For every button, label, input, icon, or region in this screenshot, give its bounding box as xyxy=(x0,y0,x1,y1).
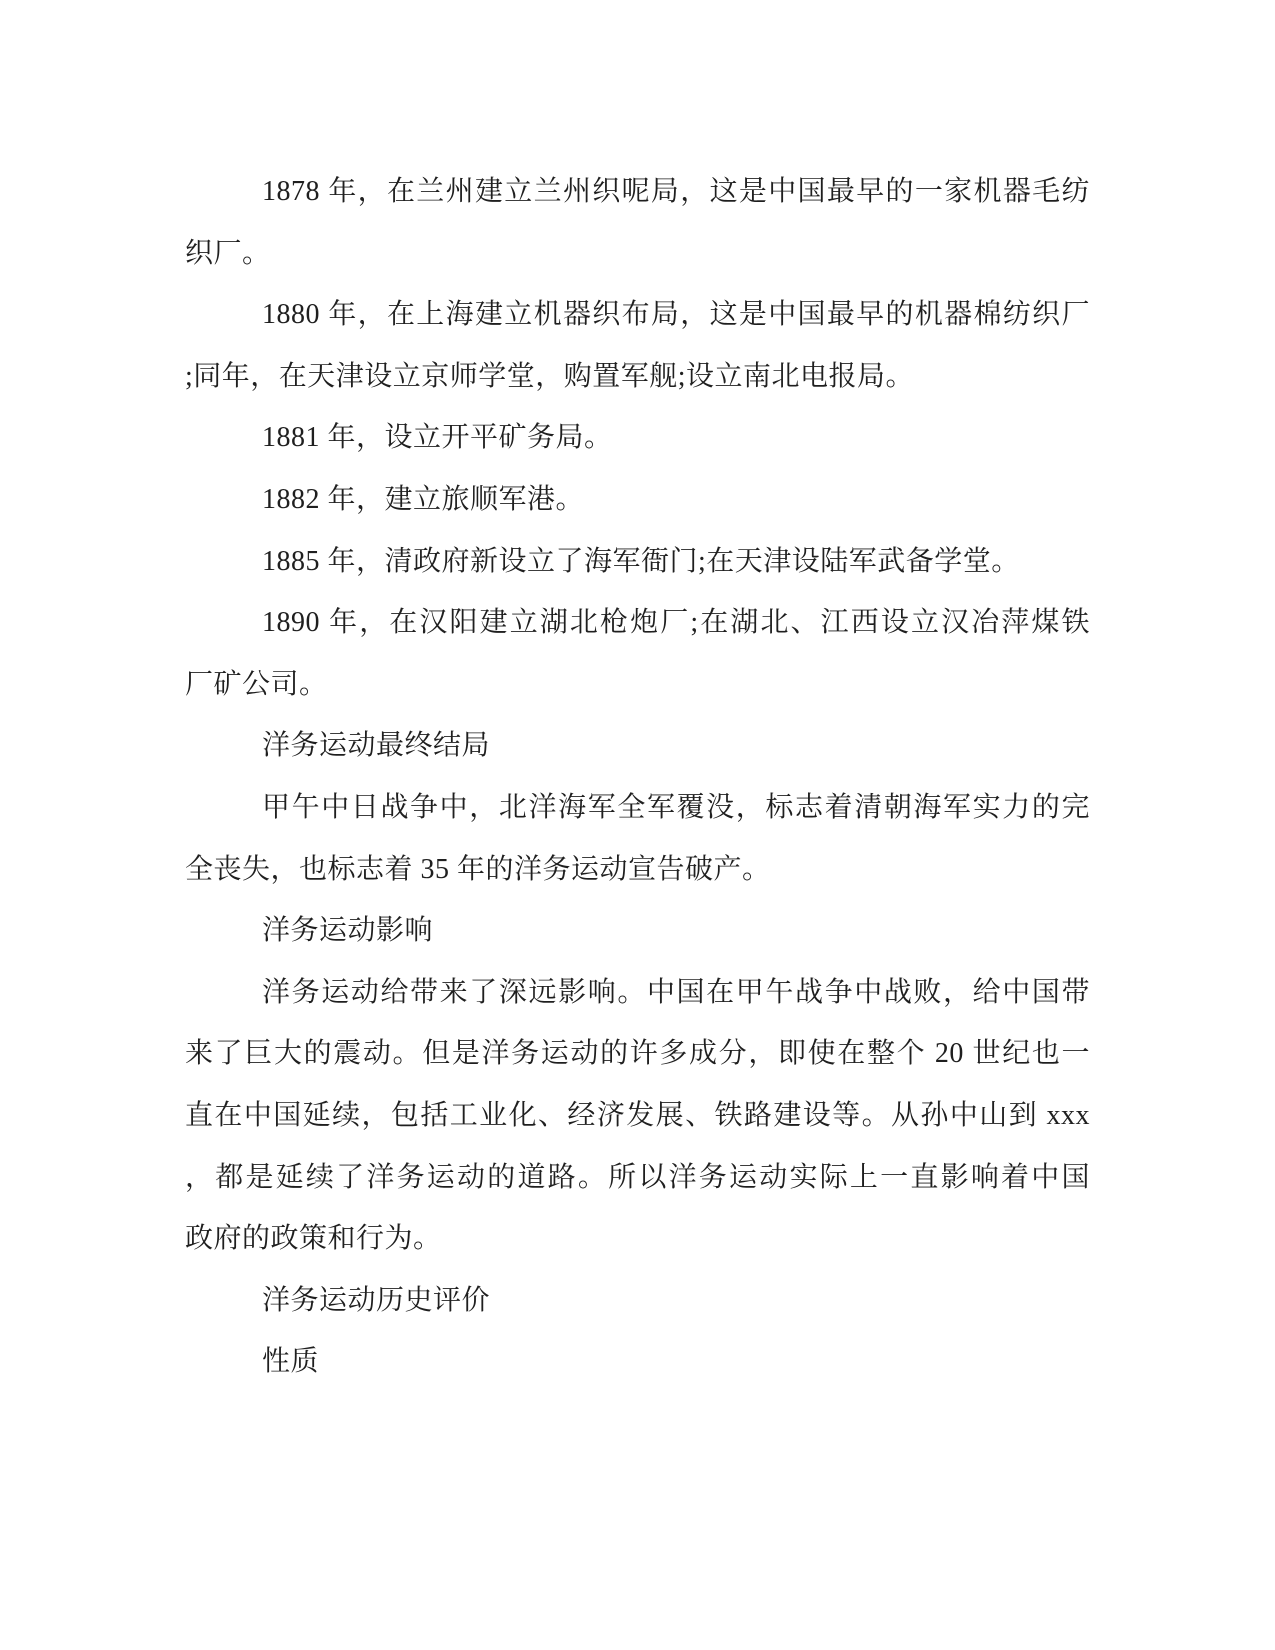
text-line: 1878 年，在兰州建立兰州织呢局，这是中国最早的一家机器毛纺 xyxy=(185,161,1090,223)
text-line: 厂矿公司。 xyxy=(185,654,1090,716)
text-line: 1890 年，在汉阳建立湖北枪炮厂;在湖北、江西设立汉冶萍煤铁 xyxy=(185,592,1090,654)
document-body: 1878 年，在兰州建立兰州织呢局，这是中国最早的一家机器毛纺织厂。1880 年… xyxy=(185,161,1090,1393)
text-line: 1880 年，在上海建立机器织布局，这是中国最早的机器棉纺织厂 xyxy=(185,284,1090,346)
text-line: 1885 年，清政府新设立了海军衙门;在天津设陆军武备学堂。 xyxy=(185,531,1090,593)
text-line: ，都是延续了洋务运动的道路。所以洋务运动实际上一直影响着中国 xyxy=(185,1147,1090,1209)
text-line: 性质 xyxy=(185,1331,1090,1393)
text-line: 洋务运动最终结局 xyxy=(185,715,1090,777)
text-line: 洋务运动给带来了深远影响。中国在甲午战争中战败，给中国带 xyxy=(185,962,1090,1024)
text-line: 来了巨大的震动。但是洋务运动的许多成分，即使在整个 20 世纪也一 xyxy=(185,1023,1090,1085)
text-line: ;同年，在天津设立京师学堂，购置军舰;设立南北电报局。 xyxy=(185,346,1090,408)
text-line: 政府的政策和行为。 xyxy=(185,1208,1090,1270)
text-line: 直在中国延续，包括工业化、经济发展、铁路建设等。从孙中山到 xxx xyxy=(185,1085,1090,1147)
text-line: 1882 年，建立旅顺军港。 xyxy=(185,469,1090,531)
document-page: 1878 年，在兰州建立兰州织呢局，这是中国最早的一家机器毛纺织厂。1880 年… xyxy=(0,0,1275,1650)
text-line: 全丧失，也标志着 35 年的洋务运动宣告破产。 xyxy=(185,839,1090,901)
text-line: 洋务运动影响 xyxy=(185,900,1090,962)
text-line: 织厂。 xyxy=(185,223,1090,285)
text-line: 1881 年，设立开平矿务局。 xyxy=(185,407,1090,469)
text-line: 甲午中日战争中，北洋海军全军覆没，标志着清朝海军实力的完 xyxy=(185,777,1090,839)
text-line: 洋务运动历史评价 xyxy=(185,1270,1090,1332)
